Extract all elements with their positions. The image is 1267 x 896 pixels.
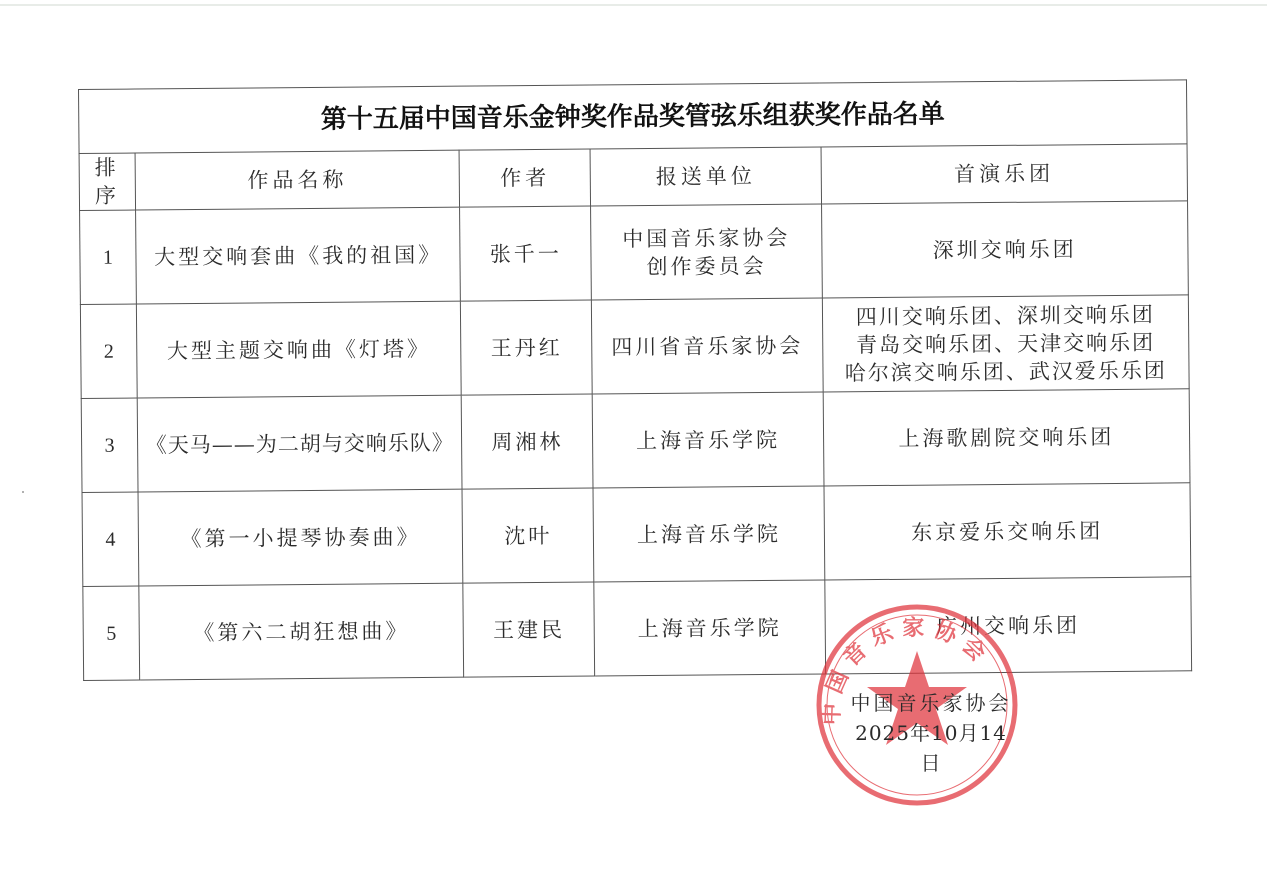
work-cell: 《第六二胡狂想曲》 <box>139 583 464 680</box>
header-orchestra: 首演乐团 <box>821 144 1188 204</box>
award-list-table: 第十五届中国音乐金钟奖作品奖管弦乐组获奖作品名单 排序 作品名称 作者 报送单位… <box>78 79 1192 681</box>
rank-cell: 4 <box>82 492 139 586</box>
scan-speck <box>22 491 24 493</box>
unit-line: 上海音乐学院 <box>598 519 819 549</box>
orchestra-line: 上海歌剧院交响乐团 <box>828 422 1186 453</box>
author-cell: 王建民 <box>463 582 595 677</box>
rank-cell: 3 <box>81 398 138 492</box>
rank-cell: 5 <box>83 586 140 680</box>
work-cell: 《天马——为二胡与交响乐队》 <box>137 395 462 492</box>
orchestra-line: 青岛交响乐团、天津交响乐团 <box>827 328 1185 359</box>
unit-line: 上海音乐学院 <box>599 613 820 643</box>
table-row: 1 大型交响套曲《我的祖国》 张千一 中国音乐家协会 创作委员会 深圳交响乐团 <box>80 201 1189 305</box>
unit-cell: 上海音乐学院 <box>593 392 824 488</box>
table-row: 2 大型主题交响曲《灯塔》 王丹红 四川省音乐家协会 四川交响乐团、深圳交响乐团… <box>80 295 1189 399</box>
unit-line: 中国音乐家协会 <box>596 223 817 253</box>
orchestra-cell: 深圳交响乐团 <box>821 201 1188 298</box>
work-cell: 大型主题交响曲《灯塔》 <box>136 301 461 398</box>
work-cell: 《第一小提琴协奏曲》 <box>138 489 463 586</box>
orchestra-cell: 四川交响乐团、深圳交响乐团 青岛交响乐团、天津交响乐团 哈尔滨交响乐团、武汉爱乐… <box>822 295 1189 392</box>
author-cell: 王丹红 <box>461 300 593 395</box>
rank-cell: 1 <box>80 210 137 304</box>
unit-cell: 上海音乐学院 <box>594 580 825 676</box>
rank-cell: 2 <box>80 304 137 398</box>
orchestra-line: 哈尔滨交响乐团、武汉爱乐乐团 <box>827 356 1185 387</box>
signature-block: 中国音乐家协会 2025年10月14日 <box>846 688 1016 778</box>
unit-cell: 中国音乐家协会 创作委员会 <box>591 204 822 300</box>
work-cell: 大型交响套曲《我的祖国》 <box>136 207 461 304</box>
header-rank: 排序 <box>79 153 136 210</box>
author-cell: 周湘林 <box>461 394 593 489</box>
signature-date: 2025年10月14日 <box>846 718 1016 778</box>
document-title: 第十五届中国音乐金钟奖作品奖管弦乐组获奖作品名单 <box>79 80 1188 154</box>
unit-cell: 四川省音乐家协会 <box>592 298 823 394</box>
author-cell: 张千一 <box>460 206 592 301</box>
unit-line: 上海音乐学院 <box>597 425 818 455</box>
orchestra-line: 东京爱乐交响乐团 <box>828 516 1186 547</box>
table-header-row: 排序 作品名称 作者 报送单位 首演乐团 <box>79 144 1187 211</box>
page-scan-edge <box>0 4 1267 6</box>
signature-organization: 中国音乐家协会 <box>846 688 1016 718</box>
header-unit: 报送单位 <box>590 147 821 206</box>
header-author: 作者 <box>459 149 591 207</box>
unit-line: 四川省音乐家协会 <box>597 331 818 361</box>
table-row: 3 《天马——为二胡与交响乐队》 周湘林 上海音乐学院 上海歌剧院交响乐团 <box>81 389 1190 493</box>
unit-line: 创作委员会 <box>596 251 817 281</box>
orchestra-cell: 上海歌剧院交响乐团 <box>823 389 1190 486</box>
unit-cell: 上海音乐学院 <box>593 486 824 582</box>
orchestra-cell: 东京爱乐交响乐团 <box>824 483 1191 580</box>
header-work: 作品名称 <box>135 150 460 210</box>
table-row: 5 《第六二胡狂想曲》 王建民 上海音乐学院 广州交响乐团 <box>83 577 1192 681</box>
author-cell: 沈叶 <box>462 488 594 583</box>
table-row: 4 《第一小提琴协奏曲》 沈叶 上海音乐学院 东京爱乐交响乐团 <box>82 483 1191 587</box>
orchestra-line: 四川交响乐团、深圳交响乐团 <box>827 300 1185 331</box>
orchestra-line: 深圳交响乐团 <box>826 234 1184 265</box>
